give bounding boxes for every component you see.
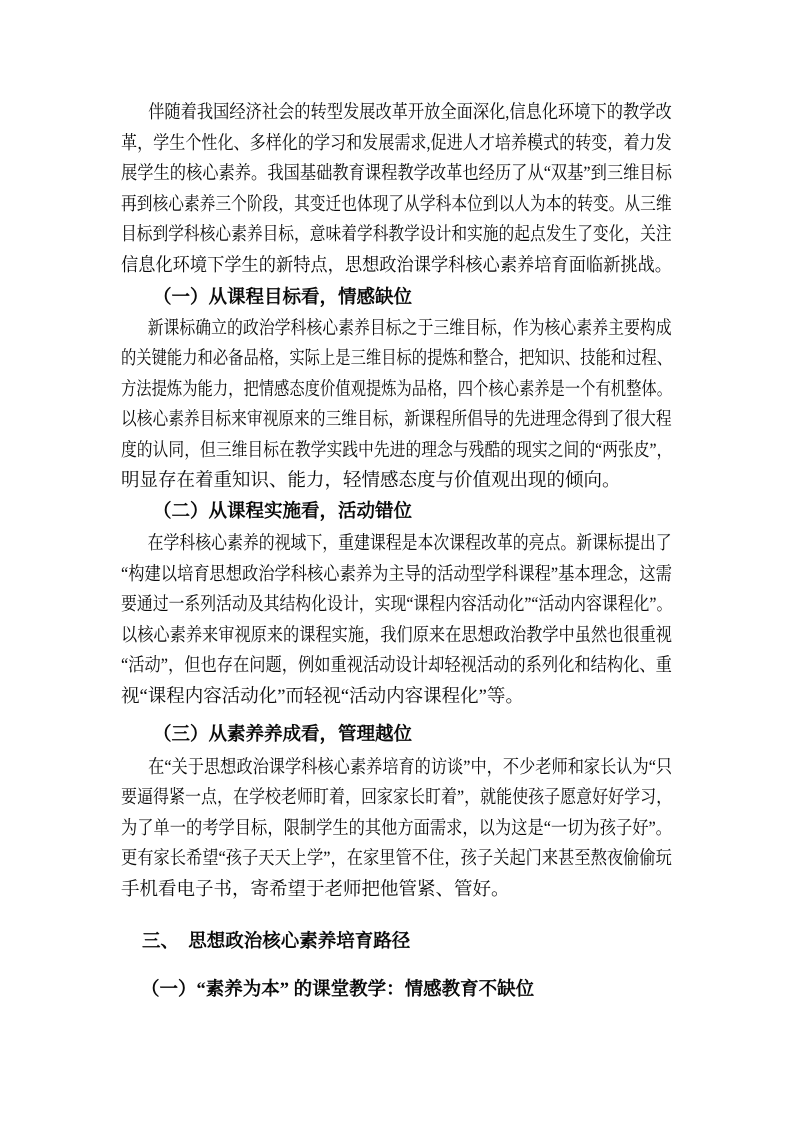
text-line: 展学生的核心素养。我国基础教育课程教学改革也经历了从“双基”到三维目标 <box>121 159 605 190</box>
text-line: 以核心素养目标来审视原来的三维目标，新课程所倡导的先进理念得到了很大程 <box>121 405 590 436</box>
text-line: “活动”，但也存在问题，例如重视活动设计却轻视活动的系列化和结构化、重 <box>121 651 605 682</box>
text-line: 信息化环境下学生的新特点，思想政治课学科核心素养培育面临新挑战。 <box>121 251 634 282</box>
paragraph: 伴随着我国经济社会的转型发展改革开放全面深化,信息化环境下的教学改革，学生个性化… <box>121 98 672 281</box>
document-page: 伴随着我国经济社会的转型发展改革开放全面深化,信息化环境下的教学改革，学生个性化… <box>0 0 793 1122</box>
text-line: 新课标确立的政治学科核心素养目标之于三维目标，作为核心素养主要构成 <box>121 314 594 345</box>
text-line: 目标到学科核心素养目标，意味着学科教学设计和实施的起点发生了变化，关注 <box>121 220 590 251</box>
text-line: 以核心素养来审视原来的课程实施，我们原来在思想政治教学中虽然也很重视 <box>121 621 604 652</box>
text-line: 要逼得紧一点，在学校老师盯着，回家家长盯着”，就能使孩子愿意好好学习， <box>121 783 598 814</box>
text-line: 度的认同，但三维目标在教学实践中先进的理念与残酷的现实之间的“两张皮”， <box>121 436 592 467</box>
text-line: 明显存在着重知识、能力，轻情感态度与价值观出现的倾向。 <box>121 466 672 497</box>
subsection-heading: （二）从课程实施看，活动错位 <box>121 497 672 528</box>
subsection-heading: （一）“素养为本” 的课堂教学：情感教育不缺位 <box>121 975 672 1006</box>
text-line: 在学科核心素养的视域下，重建课程是本次课程改革的亮点。新课标提出了 <box>121 529 594 560</box>
text-line: 手机看电子书，寄希望于老师把他管紧、管好。 <box>121 875 672 906</box>
paragraph: 新课标确立的政治学科核心素养目标之于三维目标，作为核心素养主要构成的关键能力和必… <box>121 314 672 497</box>
section-heading: 三、 思想政治核心素养培育路径 <box>121 927 672 958</box>
text-line: 革，学生个性化、多样化的学习和发展需求,促进人才培养模式的转变，着力发 <box>121 129 600 160</box>
paragraph: 在“关于思想政治课学科核心素养培育的访谈”中，不少老师和家长认为“只要逼得紧一点… <box>121 753 672 906</box>
paragraph: 在学科核心素养的视域下，重建课程是本次课程改革的亮点。新课标提出了“构建以培育思… <box>121 529 672 712</box>
subsection-heading: （一）从课程目标看，情感缺位 <box>121 283 672 314</box>
text-line: 更有家长希望“孩子天天上学”，在家里管不住，孩子关起门来甚至熬夜偷偷玩 <box>121 844 605 875</box>
text-line: 视“课程内容活动化”而轻视“活动内容课程化”等。 <box>121 682 672 713</box>
text-line: 在“关于思想政治课学科核心素养培育的访谈”中，不少老师和家长认为“只 <box>121 753 604 784</box>
document-body: 伴随着我国经济社会的转型发展改革开放全面深化,信息化环境下的教学改革，学生个性化… <box>121 98 672 1005</box>
text-line: 要通过一系列活动及其结构化设计，实现“课程内容活动化”“活动内容课程化”。 <box>121 590 593 621</box>
text-line: 为了单一的考学目标，限制学生的其他方面需求，以为这是“一切为孩子好”。 <box>121 814 605 845</box>
text-line: “构建以培育思想政治学科核心素养为主导的活动型学科课程”基本理念，这需 <box>121 560 605 591</box>
subsection-heading: （三）从素养养成看，管理越位 <box>121 720 672 751</box>
text-line: 伴随着我国经济社会的转型发展改革开放全面深化,信息化环境下的教学改 <box>121 98 604 129</box>
text-line: 再到核心素养三个阶段，其变迁也体现了从学科本位到以人为本的转变。从三维 <box>121 190 590 221</box>
text-line: 的关键能力和必备品格，实际上是三维目标的提炼和整合，把知识、技能和过程、 <box>121 344 577 375</box>
text-line: 方法提炼为能力，把情感态度价值观提炼为品格，四个核心素养是一个有机整体。 <box>121 375 577 406</box>
